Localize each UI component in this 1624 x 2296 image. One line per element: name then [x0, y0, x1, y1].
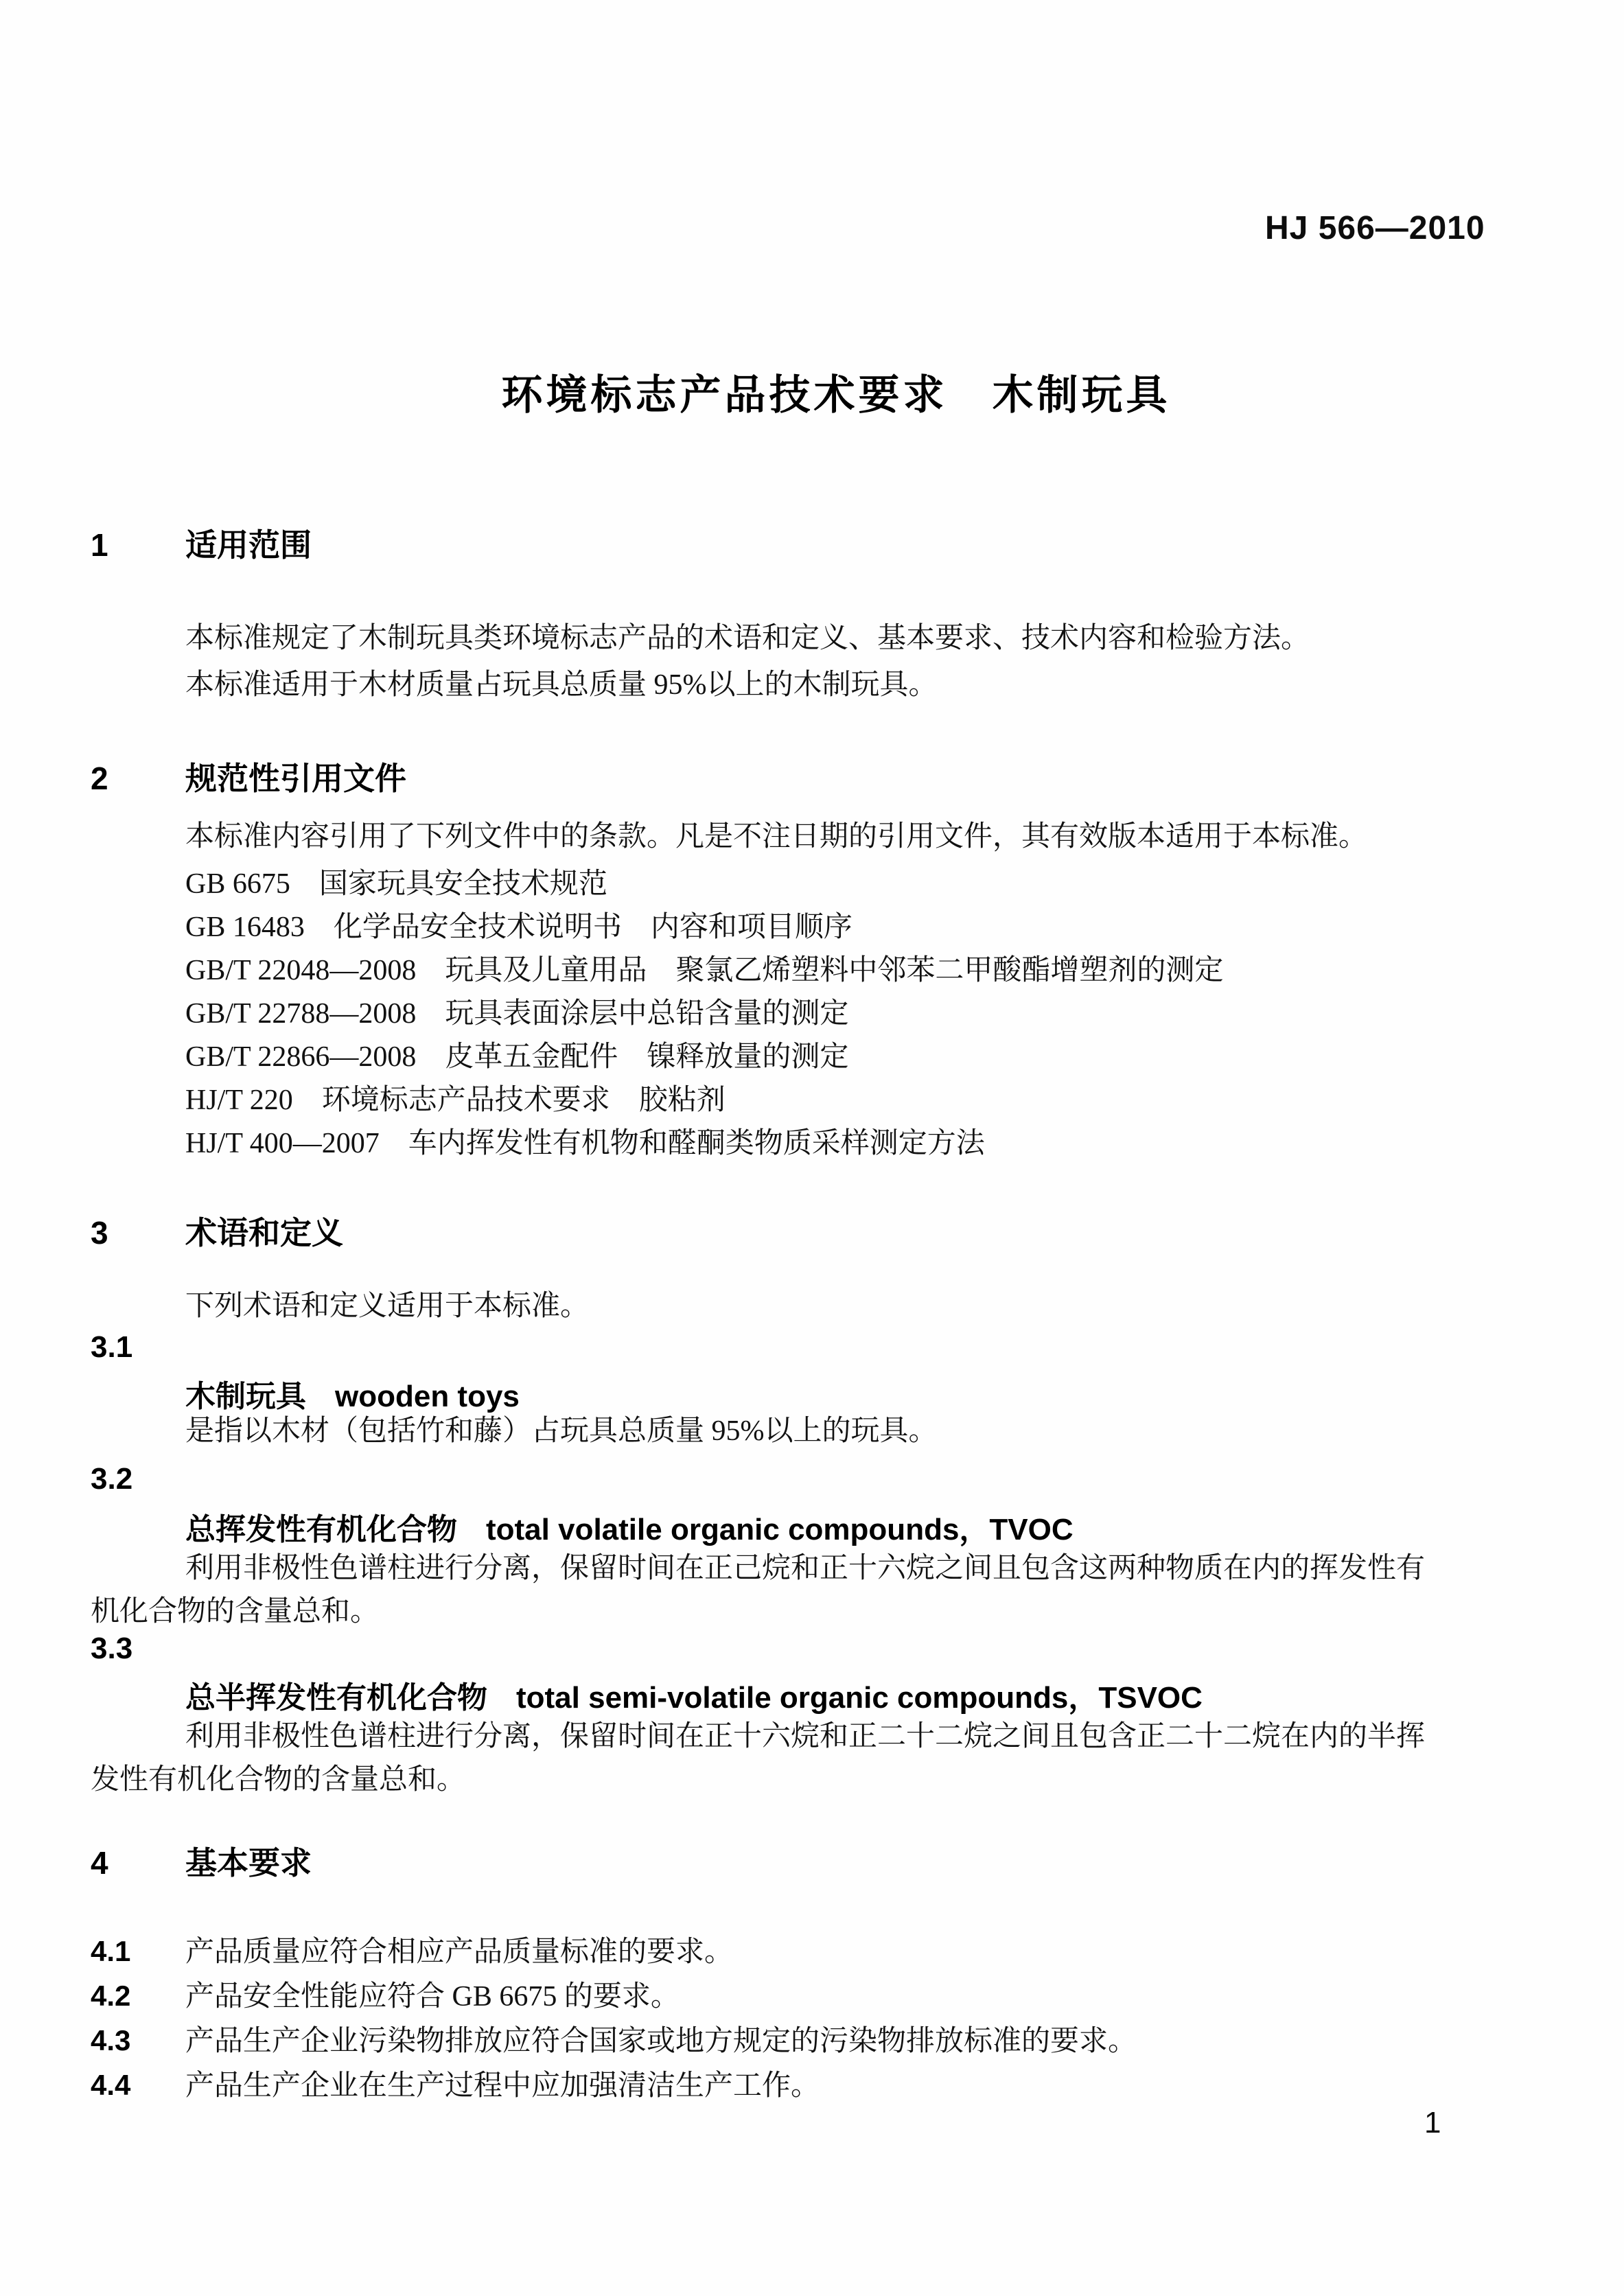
- section-2-heading: 2 规范性引用文件: [91, 754, 406, 799]
- section-2-title: 规范性引用文件: [185, 754, 406, 799]
- term-3-1-number: 3.1: [91, 1330, 132, 1365]
- scope-paragraph-2: 本标准适用于木材质量占玩具总质量 95%以上的木制玩具。: [91, 662, 1429, 708]
- term-3-2-name-cn: 总挥发性有机化合物: [185, 1513, 457, 1546]
- clause-4-4-number: 4.4: [91, 2063, 185, 2107]
- term-3-3-definition: 利用非极性色谱柱进行分离，保留时间在正十六烷和正二十二烷之间且包含正二十二烷在内…: [91, 1715, 1429, 1802]
- term-3-3-name-cn: 总半挥发性有机化合物: [185, 1681, 487, 1715]
- section-3-title: 术语和定义: [185, 1208, 343, 1253]
- term-3-1-definition-text: 是指以木材（包括竹和藤）占玩具总质量 95%以上的玩具。: [91, 1410, 1429, 1453]
- section-4-number: 4: [91, 1844, 185, 1881]
- reference-item: GB/T 22048—2008 玩具及儿童用品 聚氯乙烯塑料中邻苯二甲酸酯增塑剂…: [185, 949, 1524, 993]
- terms-intro: 下列术语和定义适用于本标准。: [91, 1285, 1429, 1328]
- section-1-body: 本标准规定了木制玩具类环境标志产品的术语和定义、基本要求、技术内容和检验方法。 …: [91, 615, 1429, 708]
- term-3-1-name-cn: 木制玩具: [185, 1380, 306, 1413]
- clause-4-3-text: 产品生产企业污染物排放应符合国家或地方规定的污染物排放标准的要求。: [185, 2020, 1137, 2063]
- clause-4-2-number: 4.2: [91, 1974, 185, 2017]
- section-4-title: 基本要求: [185, 1838, 312, 1883]
- reference-item: GB/T 22866—2008 皮革五金配件 镍释放量的测定: [185, 1036, 1524, 1079]
- term-3-1-name: 木制玩具wooden toys: [185, 1371, 520, 1415]
- term-3-3-name: 总半挥发性有机化合物total semi-volatile organic co…: [185, 1673, 1203, 1717]
- section-1-title: 适用范围: [185, 520, 312, 566]
- term-3-2-name-en: total volatile organic compounds，TVOC: [486, 1513, 1074, 1546]
- document-page: HJ 566—2010 环境标志产品技术要求 木制玩具 1 适用范围 本标准规定…: [0, 0, 1624, 2296]
- term-3-2-definition: 利用非极性色谱柱进行分离，保留时间在正己烷和正十六烷之间且包含这两种物质在内的挥…: [91, 1547, 1429, 1634]
- clause-4-2-text: 产品安全性能应符合 GB 6675 的要求。: [185, 1975, 680, 2019]
- standard-number: HJ 566—2010: [1265, 209, 1485, 247]
- clause-4-2: 4.2 产品安全性能应符合 GB 6675 的要求。: [91, 1974, 1429, 2019]
- reference-item: GB 6675 国家玩具安全技术规范: [185, 863, 1524, 906]
- term-3-2-definition-text: 利用非极性色谱柱进行分离，保留时间在正己烷和正十六烷之间且包含这两种物质在内的挥…: [91, 1547, 1429, 1634]
- section-4-heading: 4 基本要求: [91, 1838, 312, 1883]
- term-3-1-definition: 是指以木材（包括竹和藤）占玩具总质量 95%以上的玩具。: [91, 1410, 1429, 1453]
- terms-intro-paragraph: 下列术语和定义适用于本标准。: [91, 1285, 1429, 1328]
- normative-references-list: GB 6675 国家玩具安全技术规范 GB 16483 化学品安全技术说明书 内…: [91, 863, 1524, 1166]
- reference-item: GB/T 22788—2008 玩具表面涂层中总铅含量的测定: [185, 993, 1524, 1036]
- document-title: 环境标志产品技术要求 木制玩具: [24, 362, 1624, 421]
- basic-requirements-list: 4.1 产品质量应符合相应产品质量标准的要求。 4.2 产品安全性能应符合 GB…: [91, 1929, 1429, 2108]
- section-3-heading: 3 术语和定义: [91, 1208, 343, 1253]
- clause-4-4: 4.4 产品生产企业在生产过程中应加强清洁生产工作。: [91, 2063, 1429, 2108]
- term-3-1-name-en: wooden toys: [335, 1380, 520, 1413]
- clause-4-1-number: 4.1: [91, 1929, 185, 1973]
- term-3-2-number: 3.2: [91, 1462, 132, 1496]
- scope-paragraph-1: 本标准规定了木制玩具类环境标志产品的术语和定义、基本要求、技术内容和检验方法。: [91, 615, 1429, 662]
- section-3-number: 3: [91, 1214, 185, 1251]
- section-2-intro: 本标准内容引用了下列文件中的条款。凡是不注日期的引用文件，其有效版本适用于本标准…: [91, 815, 1429, 859]
- term-3-3-definition-text: 利用非极性色谱柱进行分离，保留时间在正十六烷和正二十二烷之间且包含正二十二烷在内…: [91, 1715, 1429, 1802]
- term-3-2-name: 总挥发性有机化合物total volatile organic compound…: [185, 1505, 1074, 1549]
- clause-4-3: 4.3 产品生产企业污染物排放应符合国家或地方规定的污染物排放标准的要求。: [91, 2019, 1429, 2063]
- clause-4-1-text: 产品质量应符合相应产品质量标准的要求。: [185, 1931, 733, 1974]
- term-3-3-number: 3.3: [91, 1632, 132, 1666]
- clause-4-4-text: 产品生产企业在生产过程中应加强清洁生产工作。: [185, 2065, 820, 2108]
- references-intro-paragraph: 本标准内容引用了下列文件中的条款。凡是不注日期的引用文件，其有效版本适用于本标准…: [91, 815, 1429, 859]
- section-1-number: 1: [91, 526, 185, 564]
- clause-4-3-number: 4.3: [91, 2019, 185, 2062]
- reference-item: HJ/T 400—2007 车内挥发性有机物和醛酮类物质采样测定方法: [185, 1122, 1524, 1166]
- term-3-3-name-en: total semi-volatile organic compounds，TS…: [516, 1681, 1203, 1715]
- reference-item: HJ/T 220 环境标志产品技术要求 胶粘剂: [185, 1079, 1524, 1122]
- page-number: 1: [1424, 2106, 1441, 2140]
- reference-item: GB 16483 化学品安全技术说明书 内容和项目顺序: [185, 906, 1524, 949]
- section-2-number: 2: [91, 760, 185, 797]
- clause-4-1: 4.1 产品质量应符合相应产品质量标准的要求。: [91, 1929, 1429, 1974]
- section-1-heading: 1 适用范围: [91, 520, 312, 566]
